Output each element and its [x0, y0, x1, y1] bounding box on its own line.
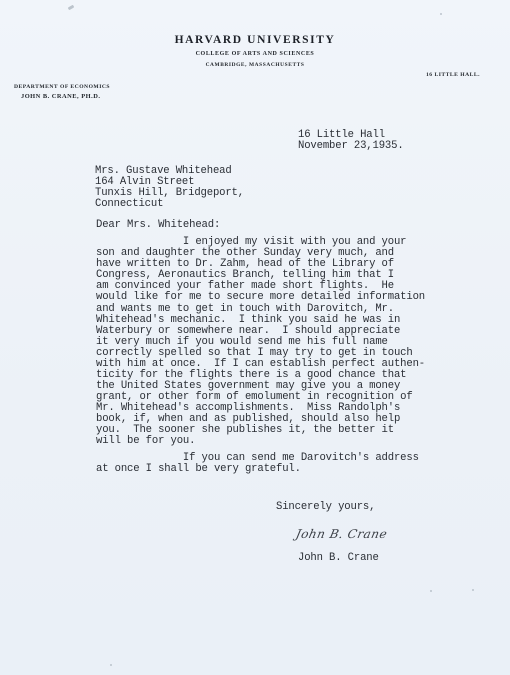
letterhead-department: DEPARTMENT OF ECONOMICS [14, 84, 110, 90]
letter-date: November 23,1935. [298, 141, 404, 153]
letter-page: HARVARD UNIVERSITY COLLEGE OF ARTS AND S… [0, 0, 510, 675]
paper-speck [430, 590, 432, 592]
letterhead-location: CAMBRIDGE, MASSACHUSETTS [0, 62, 510, 68]
closing: Sincerely yours, [276, 502, 375, 514]
typed-name: John B. Crane [298, 553, 379, 565]
body-line: will be for you. [96, 436, 195, 448]
letterhead-college: COLLEGE OF ARTS AND SCIENCES [0, 51, 510, 57]
paper-speck [440, 13, 442, 15]
letterhead-person: JOHN B. CRANE, PH.D. [21, 93, 100, 100]
letterhead-office: 16 LITTLE HALL. [426, 72, 480, 78]
paper-mark [68, 5, 75, 11]
body-line: at once I shall be very grateful. [96, 464, 301, 476]
recipient-line: Connecticut [95, 199, 163, 211]
handwritten-signature: John B. Crane [295, 527, 389, 541]
paper-speck [110, 664, 112, 666]
salutation: Dear Mrs. Whitehead: [96, 220, 220, 232]
paper-speck [472, 589, 474, 591]
body-line: would like for me to secure more detaile… [96, 292, 425, 304]
letterhead-institution: HARVARD UNIVERSITY [0, 34, 510, 46]
